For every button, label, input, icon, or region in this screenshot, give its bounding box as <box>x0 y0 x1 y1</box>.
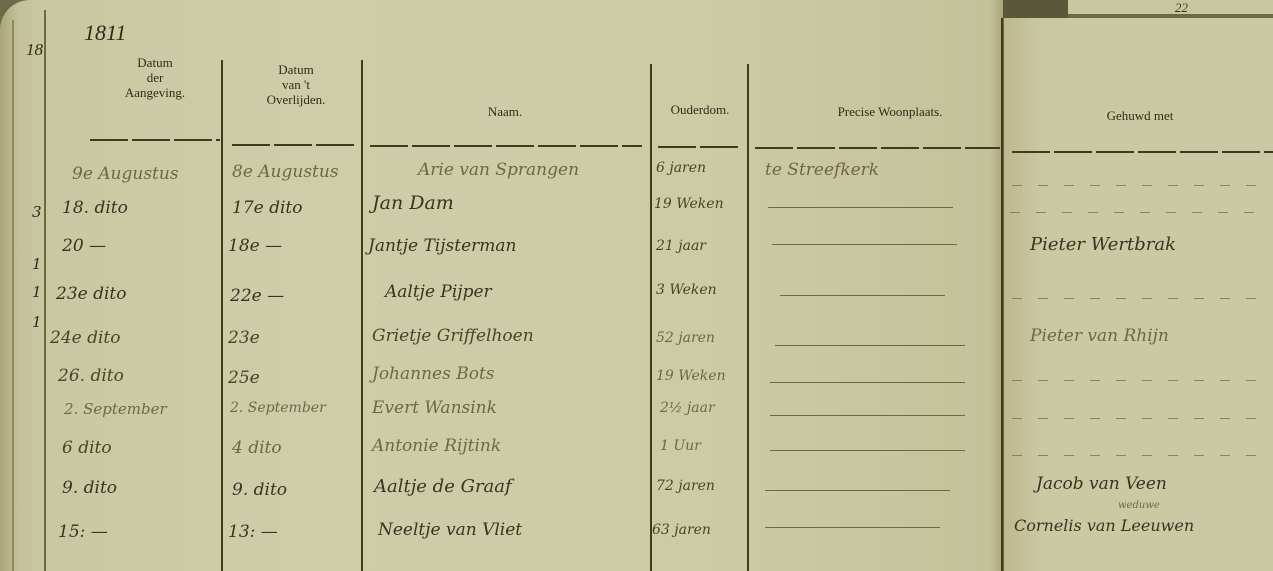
entry-ouderdom: 2½ jaar <box>660 400 715 416</box>
entry-gehuwd-met: Cornelis van Leeuwen <box>1014 516 1194 535</box>
register-year: 1811 <box>84 20 126 46</box>
ditto-rule <box>772 244 957 245</box>
entry-naam: Jan Dam <box>372 192 454 214</box>
entry-overlijden: 18e — <box>228 236 282 256</box>
entry-ouderdom: 19 Weken <box>656 368 726 384</box>
entry-overlijden: 4 dito <box>232 438 282 458</box>
entry-naam: Johannes Bots <box>372 364 495 384</box>
page-number: 18 <box>26 40 43 60</box>
entry-naam: Grietje Griffelhoen <box>372 326 534 346</box>
column-divider <box>221 60 223 571</box>
guide-line <box>1012 380 1262 381</box>
ditto-rule <box>770 415 965 416</box>
header-gehuwd-met: Gehuwd met <box>1080 108 1200 123</box>
guide-line <box>1012 185 1262 186</box>
header-line: Datum <box>236 62 356 77</box>
margin-count: 3 <box>32 203 42 221</box>
entry-gehuwd-met: Pieter Wertbrak <box>1030 234 1176 255</box>
entry-ouderdom: 1 Uur <box>660 438 701 454</box>
entry-naam: Neeltje van Vliet <box>378 520 522 540</box>
page-edge-line <box>12 20 14 571</box>
entry-ouderdom: 6 jaren <box>656 160 706 176</box>
header-line: Datum <box>95 55 215 70</box>
header-rule <box>370 145 642 147</box>
ditto-rule <box>768 207 953 208</box>
entry-naam: Evert Wansink <box>372 398 497 418</box>
entry-ouderdom: 19 Weken <box>654 196 724 212</box>
column-divider <box>361 60 363 571</box>
weduwe-annotation: weduwe <box>1118 500 1160 511</box>
entry-aangeving: 23e dito <box>56 284 126 304</box>
margin-count: 1 <box>32 313 42 331</box>
margin-count: 1 <box>32 283 42 301</box>
entry-naam: Aaltje de Graaf <box>374 476 512 497</box>
entry-ouderdom: 72 jaren <box>656 478 715 494</box>
header-line: van 't <box>236 77 356 92</box>
ditto-rule <box>765 527 940 528</box>
header-woonplaats: Precise Woonplaats. <box>790 104 990 119</box>
entry-overlijden: 2. September <box>230 400 326 416</box>
entry-overlijden: 23e <box>228 328 260 348</box>
entry-overlijden: 22e — <box>230 286 284 306</box>
guide-line <box>1012 455 1262 456</box>
margin-count: 1 <box>32 255 42 273</box>
next-page-edge <box>1068 0 1273 14</box>
margin-rule <box>44 10 46 571</box>
ditto-rule <box>780 295 945 296</box>
entry-gehuwd-met: Jacob van Veen <box>1036 474 1167 494</box>
header-line: Aangeving. <box>95 85 215 100</box>
ditto-rule <box>765 490 950 491</box>
entry-aangeving: 9e Augustus <box>72 164 179 184</box>
column-divider <box>650 64 652 571</box>
entry-aangeving: 6 dito <box>62 438 112 458</box>
header-rule <box>658 146 740 148</box>
entry-aangeving: 2. September <box>64 400 167 418</box>
entry-naam: Antonie Rijtink <box>372 436 501 456</box>
entry-ouderdom: 3 Weken <box>656 282 717 298</box>
ditto-rule <box>770 450 965 451</box>
entry-aangeving: 20 — <box>62 236 106 256</box>
entry-aangeving: 15: — <box>58 522 108 542</box>
header-rule <box>1012 151 1273 153</box>
entry-overlijden: 13: — <box>228 522 278 542</box>
header-line: Overlijden. <box>236 92 356 107</box>
header-datum-aangeving: Datum der Aangeving. <box>95 55 215 100</box>
entry-gehuwd-met: Pieter van Rhijn <box>1030 326 1169 346</box>
top-right-page-mark: 22 <box>1175 0 1188 16</box>
entry-aangeving: 18. dito <box>62 198 128 218</box>
entry-overlijden: 17e dito <box>232 198 302 218</box>
header-rule <box>755 147 1000 149</box>
header-datum-overlijden: Datum van 't Overlijden. <box>236 62 356 107</box>
header-naam: Naam. <box>440 104 570 119</box>
guide-line <box>1012 418 1262 419</box>
entry-naam: Aaltje Pijper <box>385 282 492 302</box>
book-gutter-shadow <box>1003 0 1068 18</box>
entry-ouderdom: 52 jaren <box>656 330 715 346</box>
header-ouderdom: Ouderdom. <box>652 102 748 117</box>
entry-naam: Jantje Tijsterman <box>368 236 516 256</box>
ditto-rule <box>770 382 965 383</box>
ditto-rule <box>775 345 965 346</box>
guide-line <box>1012 298 1262 299</box>
column-divider <box>747 64 749 571</box>
entry-naam: Arie van Sprangen <box>418 160 579 180</box>
page-divider <box>1001 18 1003 571</box>
entry-overlijden: 8e Augustus <box>232 162 339 182</box>
entry-ouderdom: 63 jaren <box>652 522 711 538</box>
entry-ouderdom: 21 jaar <box>656 238 706 254</box>
entry-overlijden: 25e <box>228 368 260 388</box>
header-rule <box>232 144 357 146</box>
entry-aangeving: 26. dito <box>58 366 124 386</box>
guide-line <box>1010 212 1265 213</box>
entry-woonplaats: te Streefkerk <box>765 160 879 180</box>
entry-aangeving: 24e dito <box>50 328 120 348</box>
header-rule <box>90 139 220 141</box>
entry-overlijden: 9. dito <box>232 480 287 500</box>
entry-aangeving: 9. dito <box>62 478 117 498</box>
header-line: der <box>95 70 215 85</box>
